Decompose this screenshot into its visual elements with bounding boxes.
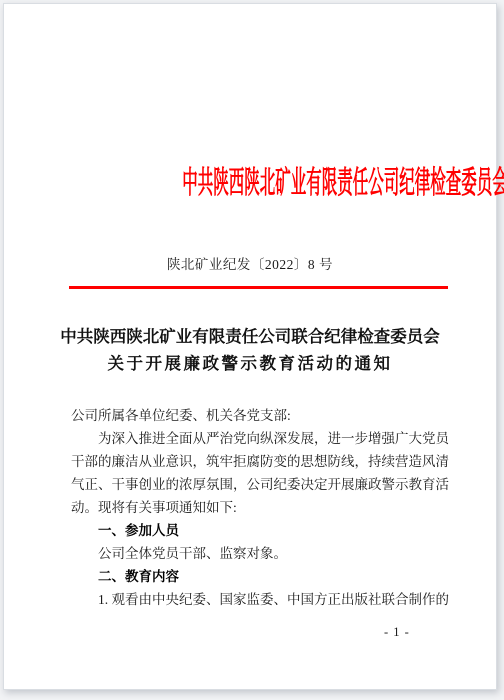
red-header-banner-text: 中共陕西陕北矿业有限责任公司纪律检查委员会文件 xyxy=(182,164,504,202)
red-divider-line xyxy=(69,286,448,289)
document-body: 公司所属各单位纪委、机关各党支部: 为深入推进全面从严治党向纵深发展，进一步增强… xyxy=(71,404,461,611)
body-line: 气正、干事创业的浓厚氛围，公司纪委决定开展廉政警示教育活 xyxy=(71,473,461,496)
page-number: - 1 - xyxy=(384,624,410,640)
document-title-line-2: 关于开展廉政警示教育活动的通知 xyxy=(4,351,496,378)
body-line: 1. 观看由中央纪委、国家监委、中国方正出版社联合制作的 xyxy=(71,588,461,611)
document-viewer: 中共陕西陕北矿业有限责任公司纪律检查委员会文件 陕北矿业纪发〔2022〕8 号 … xyxy=(0,0,504,700)
section-heading-1: 一、参加人员 xyxy=(71,519,461,542)
document-title: 中共陕西陕北矿业有限责任公司联合纪律检查委员会 关于开展廉政警示教育活动的通知 xyxy=(4,324,496,378)
body-line: 公司全体党员干部、监察对象。 xyxy=(71,542,461,565)
body-line: 干部的廉洁从业意识，筑牢拒腐防变的思想防线，持续营造风清 xyxy=(71,450,461,473)
red-header-banner: 中共陕西陕北矿业有限责任公司纪律检查委员会文件 xyxy=(4,164,496,202)
salutation-line: 公司所属各单位纪委、机关各党支部: xyxy=(71,404,461,427)
body-line: 动。现将有关事项通知如下: xyxy=(71,496,461,519)
body-line: 为深入推进全面从严治党向纵深发展，进一步增强广大党员 xyxy=(71,427,461,450)
document-title-line-1: 中共陕西陕北矿业有限责任公司联合纪律检查委员会 xyxy=(4,324,496,351)
document-page: 中共陕西陕北矿业有限责任公司纪律检查委员会文件 陕北矿业纪发〔2022〕8 号 … xyxy=(3,3,497,690)
document-number: 陕北矿业纪发〔2022〕8 号 xyxy=(4,256,496,274)
section-heading-2: 二、教育内容 xyxy=(71,565,461,588)
